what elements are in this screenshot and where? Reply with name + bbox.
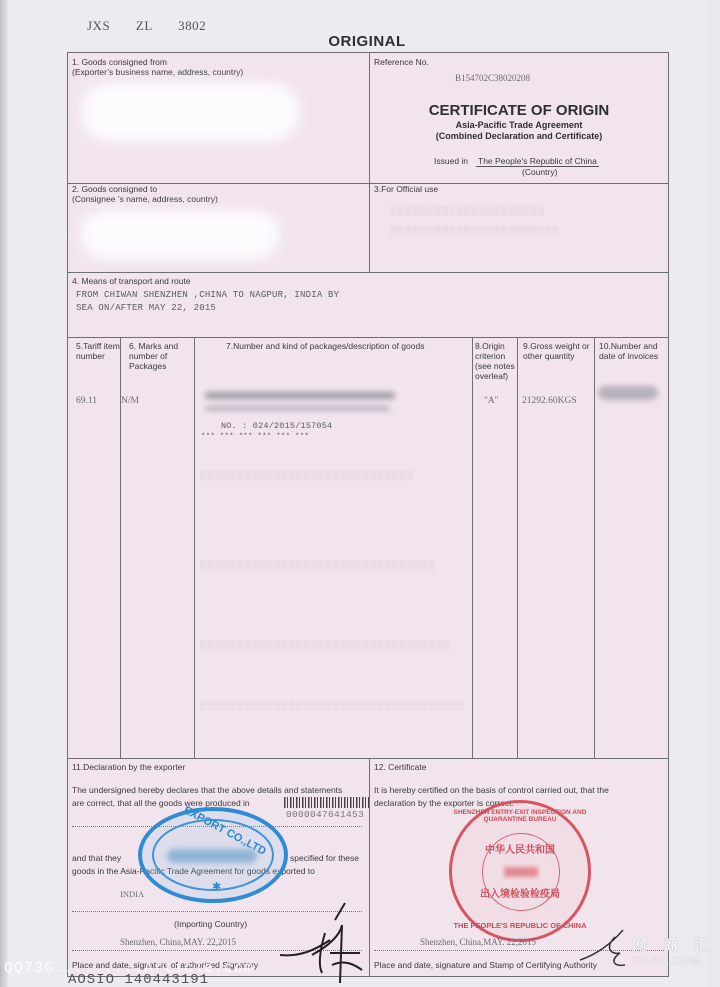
transport-route-line2: SEA ON/AFTER MAY 22, 2015 xyxy=(76,303,216,313)
stamp-bottom-text: THE PEOPLE'S REPUBLIC OF CHINA xyxy=(452,921,588,930)
exporter-company-stamp: EXPORT CO.,LTD ✱ xyxy=(138,807,288,903)
divider xyxy=(67,272,669,273)
redacted-exporter xyxy=(80,82,300,142)
divider xyxy=(67,337,669,338)
stamp-ring-text: SHENZHEN ENTRY-EXIT INSPECTION AND QUARA… xyxy=(452,809,588,823)
declaration-text-3-end: specified for these xyxy=(290,853,359,863)
redacted-invoice xyxy=(598,386,658,400)
background-print: ▒▒▒▒▒▒▒▒▒▒▒▒▒▒▒▒▒▒▒▒▒▒▒▒▒▒▒▒▒ xyxy=(200,470,414,480)
certificate-text-1: It is hereby certified on the basis of c… xyxy=(374,785,609,795)
tariff-number: 69.11 xyxy=(76,396,97,406)
exporter-label-line1: 1. Goods consigned from xyxy=(72,57,243,67)
issued-in-country: The People's Republic of China xyxy=(476,156,599,167)
gross-weight: 21292.60KGS xyxy=(522,396,577,406)
issued-in-label: Issued in xyxy=(434,156,468,166)
authority-signature xyxy=(575,925,635,975)
consignee-label: 2. Goods consigned to (Consignee ’s name… xyxy=(72,184,218,204)
reference-label: Reference No. xyxy=(374,57,429,67)
divider xyxy=(594,337,595,758)
redacted-stamp-name xyxy=(167,849,257,863)
declaration-text-1: The undersigned hereby declares that the… xyxy=(72,785,342,795)
authority-place-date: Shenzhen, China,MAY. 22,2015 xyxy=(420,937,536,947)
background-print: ▒▒▒▒▒▒▒▒▒▒▒▒▒▒▒▒▒▒▒▒▒ xyxy=(390,205,545,215)
certificate-subtitle: Asia-Pacific Trade Agreement xyxy=(369,120,669,130)
exporter-label-line2: (Exporter’s business name, address, coun… xyxy=(72,67,243,77)
divider xyxy=(369,52,370,272)
certificate-subtitle-2: (Combined Declaration and Certificate) xyxy=(369,131,669,141)
origin-criterion: "A" xyxy=(484,396,499,406)
background-print: ▒▒▒▒▒▒▒▒▒▒▒▒▒▒▒▒▒▒▒▒▒▒▒▒▒▒▒▒▒▒▒▒▒▒▒▒ xyxy=(200,700,466,710)
stamp-cn-bottom: 出入境检验检疫局 xyxy=(452,885,588,900)
divider xyxy=(472,337,473,758)
declaration-label: 11.Declaration by the exporter xyxy=(72,762,185,772)
marks: N/M xyxy=(121,396,139,406)
importing-country-caption: (Importing Country) xyxy=(174,919,247,929)
importing-country: INDIA xyxy=(120,889,144,899)
redacted-consignee xyxy=(80,210,280,260)
certifying-authority-stamp: SHENZHEN ENTRY-EXIT INSPECTION AND QUARA… xyxy=(449,800,591,942)
col-header-tariff: 5.Tariff item number xyxy=(76,341,120,361)
divider xyxy=(517,337,518,758)
col-header-marks: 6. Marks and number of Packages xyxy=(129,341,189,371)
exporter-label: 1. Goods consigned from (Exporter’s busi… xyxy=(72,57,243,77)
certificate-title: CERTIFICATE OF ORIGIN xyxy=(369,102,669,119)
transport-label: 4. Means of transport and route xyxy=(72,276,191,286)
declaration-text-3-start: and that they xyxy=(72,853,121,863)
barcode-number: 0000047641453 xyxy=(286,809,364,820)
reference-number: B154702C38020208 xyxy=(455,73,530,83)
official-use-label: 3.For Official use xyxy=(374,184,438,194)
watermark-logo: 网 商 汇 7WSH.COM xyxy=(632,934,715,967)
divider xyxy=(67,758,669,759)
country-caption: (Country) xyxy=(522,167,557,177)
col-header-invoices: 10.Number and date of invoices xyxy=(599,341,667,361)
page-shadow xyxy=(670,0,720,987)
stamp-cn-top: 中华人民共和国 xyxy=(452,841,588,856)
description-stars: *** *** *** *** *** *** xyxy=(201,433,309,441)
description-number: NO. : 024/2015/157054 xyxy=(221,421,332,431)
consignee-label-line2: (Consignee ’s name, address, country) xyxy=(72,194,218,204)
background-print: ▒▒▒▒▒▒▒▒▒▒▒▒▒▒▒▒▒▒▒▒▒▒▒▒▒▒▒▒▒▒▒▒▒▒ xyxy=(200,640,451,650)
col-header-origin: 8.Origin criterion (see notes overleaf) xyxy=(475,341,519,381)
redacted-description xyxy=(205,406,390,411)
col-header-description: 7.Number and kind of packages/descriptio… xyxy=(226,341,466,351)
copy-type-heading: ORIGINAL xyxy=(0,33,720,50)
background-print: ▒▒▒▒▒▒▒▒▒▒▒▒▒▒▒▒▒▒▒▒▒▒▒ xyxy=(390,225,560,235)
col-header-weight: 9.Gross weight or other quantity xyxy=(523,341,595,361)
star-icon: ✱ xyxy=(212,880,221,893)
consignee-label-line1: 2. Goods consigned to xyxy=(72,184,218,194)
watermark-logo-cn: 网 商 汇 xyxy=(632,934,715,955)
background-print: ▒▒▒▒▒▒▒▒▒▒▒▒▒▒▒▒▒▒▒▒▒▒▒▒▒▒▒▒▒▒▒▒ xyxy=(200,560,436,570)
authority-signatory-caption: Place and date, signature and Stamp of C… xyxy=(374,960,597,970)
watermark-logo-en: 7WSH.COM xyxy=(632,955,715,967)
form-serial: JXS ZL 3802 xyxy=(87,18,206,34)
exporter-signature xyxy=(270,895,370,987)
stamp-redacted-center xyxy=(504,867,538,877)
divider xyxy=(194,337,195,758)
certificate-label: 12. Certificate xyxy=(374,762,426,772)
exporter-place-date: Shenzhen, China,MAY. 22,2015 xyxy=(120,937,236,947)
bottom-serial-number: AOSIO 140443191 xyxy=(68,972,209,987)
transport-route-line1: FROM CHIWAN SHENZHEN ,CHINA TO NAGPUR, I… xyxy=(76,290,339,300)
page-edge xyxy=(0,0,8,987)
redacted-description xyxy=(205,392,395,399)
barcode xyxy=(284,797,369,808)
